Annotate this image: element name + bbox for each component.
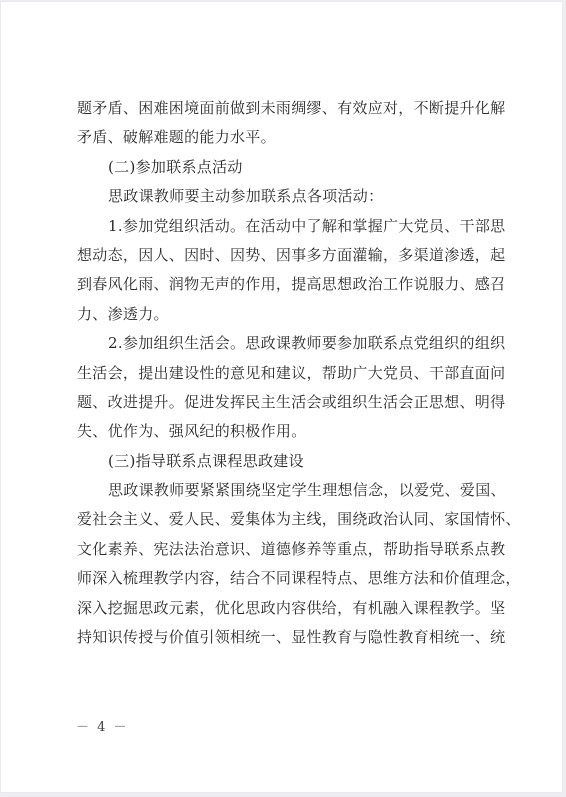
text-line: 2.参加组织生活会。思政课教师要参加联系点党组织的组织	[77, 329, 497, 358]
text-line: 师深入梳理教学内容，结合不同课程特点、思维方法和价值理念，	[77, 564, 497, 593]
text-line: 文化素养、宪法法治意识、道德修养等重点，帮助指导联系点教	[77, 535, 497, 564]
text-line: 想动态，因人、因时、因势、因事多方面灌输，多渠道渗透，起	[77, 241, 497, 270]
text-line: 失、优作为、强风纪的积极作用。	[77, 417, 497, 446]
text-line: 题、改进提升。促进发挥民主生活会或组织生活会正思想、明得	[77, 388, 497, 417]
text-line: 到春风化雨、润物无声的作用，提高思想政治工作说服力、感召	[77, 270, 497, 299]
document-page: 题矛盾、困难困境面前做到未雨绸缪、有效应对，不断提升化解 矛盾、破解难题的能力水…	[1, 2, 562, 792]
text-line: 思政课教师要主动参加联系点各项活动：	[77, 182, 497, 211]
section-heading: (二)参加联系点活动	[77, 153, 497, 182]
text-line: 思政课教师要紧紧围绕坚定学生理想信念，以爱党、爱国、	[77, 476, 497, 505]
text-line: 题矛盾、困难困境面前做到未雨绸缪、有效应对，不断提升化解	[77, 94, 497, 123]
text-line: 生活会，提出建设性的意见和建议，帮助广大党员、干部直面问	[77, 359, 497, 388]
text-line: 1.参加党组织活动。在活动中了解和掌握广大党员、干部思	[77, 212, 497, 241]
text-line: 力、渗透力。	[77, 300, 497, 329]
text-line: 深入挖掘思政元素，优化思政内容供给，有机融入课程教学。坚	[77, 594, 497, 623]
text-line: 爱社会主义、爱人民、爱集体为主线，围绕政治认同、家国情怀、	[77, 505, 497, 534]
text-line: 矛盾、破解难题的能力水平。	[77, 123, 497, 152]
page-number: － 4 －	[76, 716, 129, 735]
text-line: 持知识传授与价值引领相统一、显性教育与隐性教育相统一、统	[77, 623, 497, 652]
document-body: 题矛盾、困难困境面前做到未雨绸缪、有效应对，不断提升化解 矛盾、破解难题的能力水…	[77, 94, 497, 652]
section-heading: (三)指导联系点课程思政建设	[77, 447, 497, 476]
